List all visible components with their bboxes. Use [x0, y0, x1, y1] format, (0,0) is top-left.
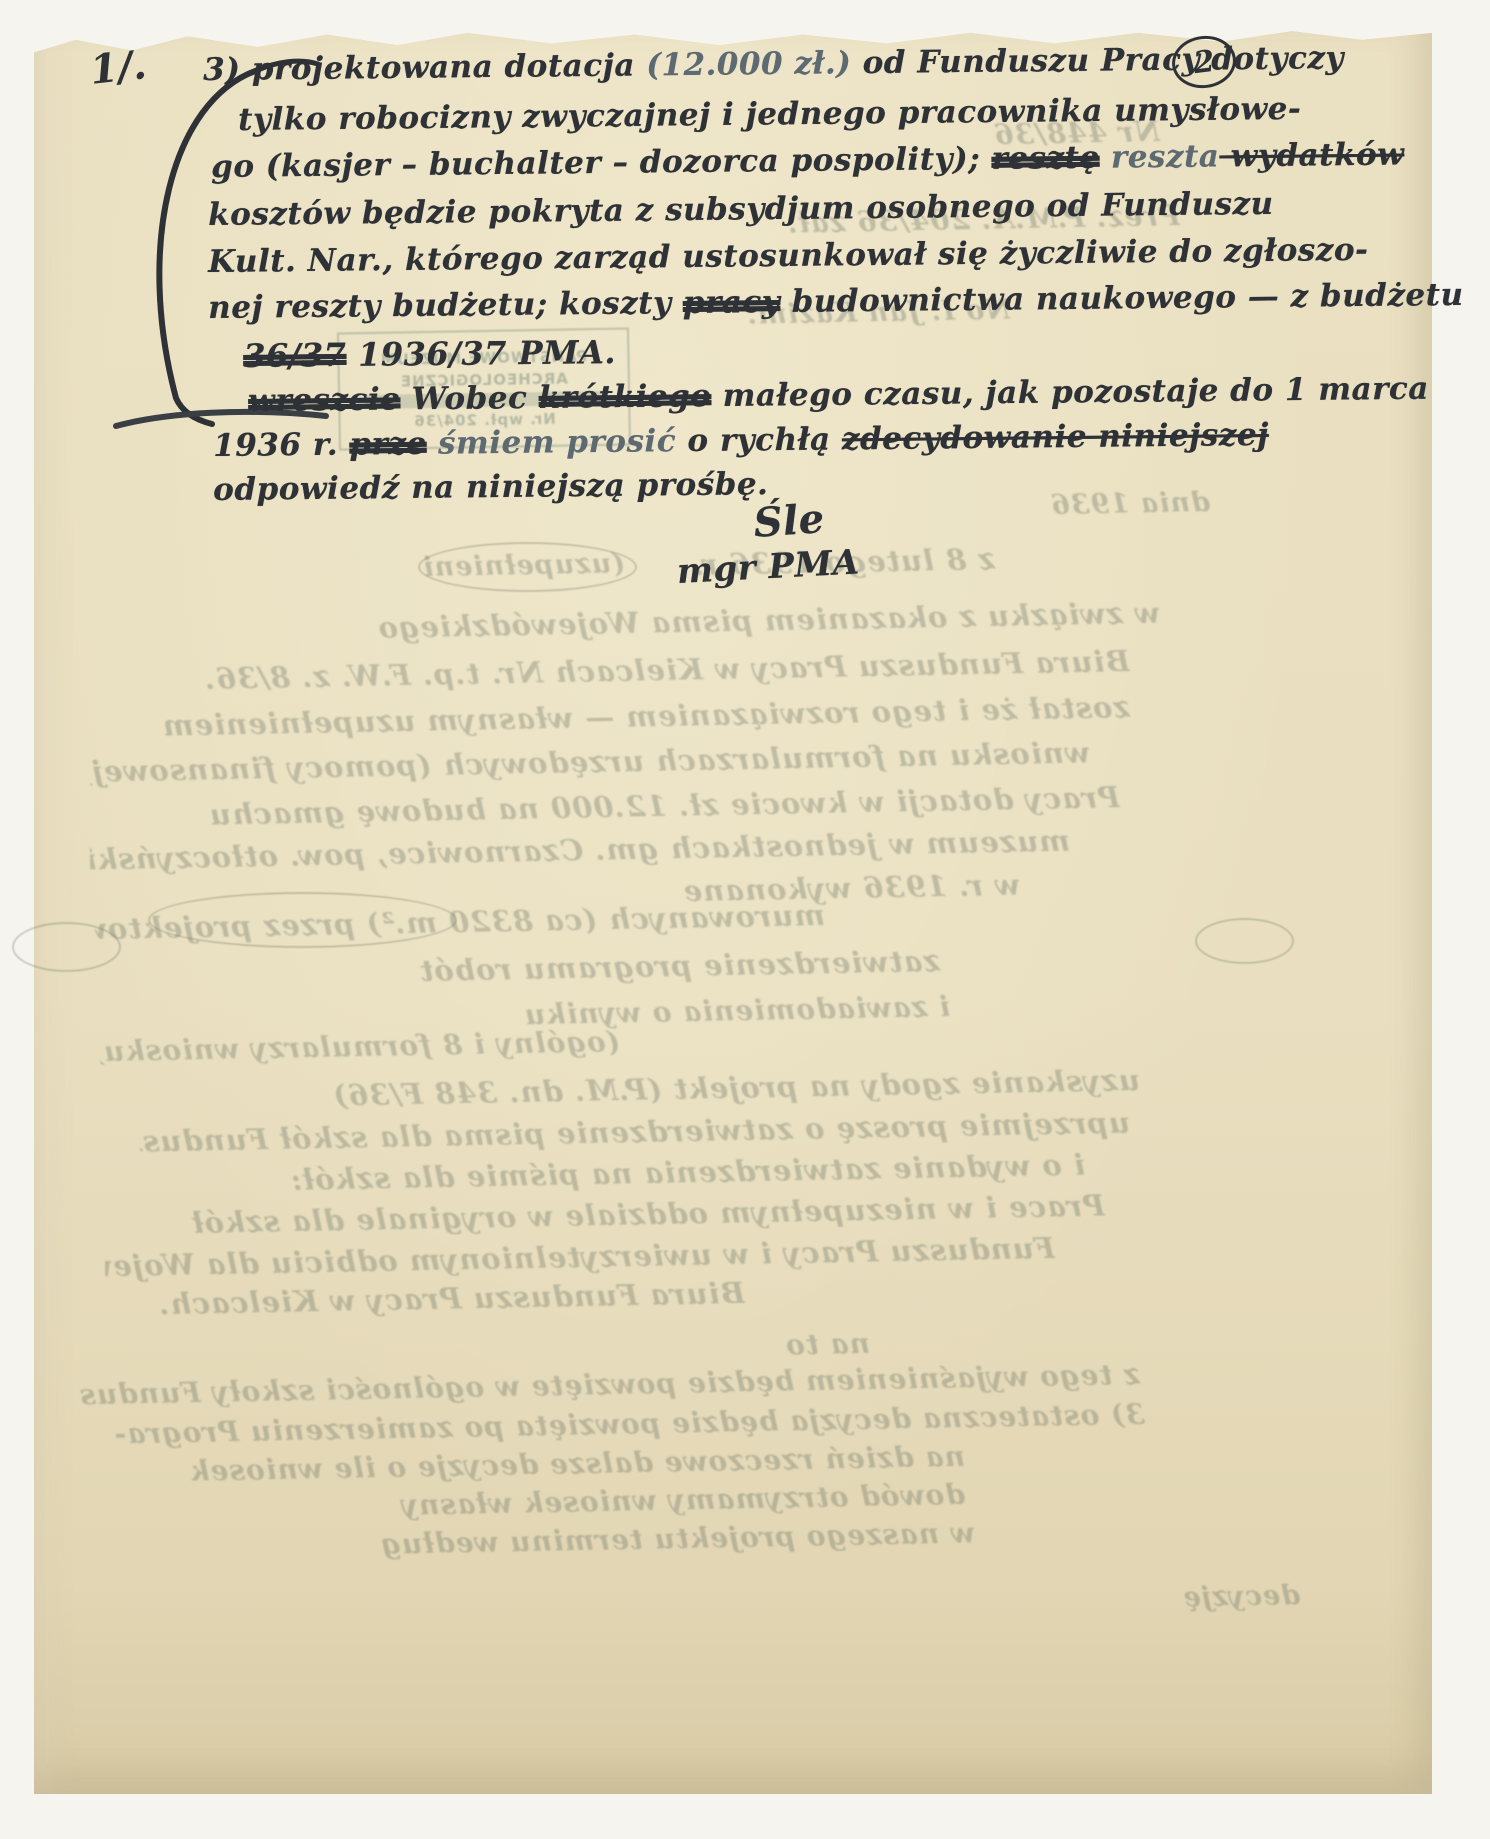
handwriting-segment: pracy: [683, 284, 781, 321]
handwriting-segment: śmiem prosić: [426, 423, 676, 462]
margin-mark: 1/.: [88, 41, 149, 94]
handwriting-segment: wreszcie: [248, 381, 401, 419]
scanned-manuscript-page: { "page": { "number_badge": "2", "margin…: [0, 0, 1490, 1839]
handwriting-segment: 36/37: [243, 336, 347, 375]
handwriting-segment: Śle: [752, 495, 826, 547]
handwriting-segment: reszta: [1099, 138, 1219, 175]
handwriting-segment: krótkiego: [538, 378, 711, 416]
handwriting-segment: o rychłą: [676, 421, 842, 459]
handwriting-segment: zdecydowanie niniejszej: [842, 417, 1269, 457]
handwriting-segment: wydatków: [1219, 137, 1404, 175]
handwriting-segment: 1936 r.: [213, 427, 350, 464]
line-7: 36/37 1936/37 PMA.: [243, 333, 616, 375]
handwriting-segment: odpowiedź na niniejszą prośbę.: [213, 466, 769, 508]
line-10: odpowiedź na niniejszą prośbę.: [213, 466, 769, 508]
handwriting-segment: resztę: [991, 140, 1100, 177]
handwriting-segment: 1936/37 PMA.: [346, 333, 616, 374]
handwriting-segment: małego czasu, jak pozostaje do 1 marca: [711, 371, 1429, 415]
handwriting-segment: 3) projektowana dotacja: [203, 47, 646, 88]
signature-initial: Śle: [752, 495, 826, 547]
handwriting-segment: (12.000 zł.): [646, 45, 851, 83]
handwriting-segment: od Funduszu Pracy dotyczy: [851, 40, 1344, 81]
handwriting-segment: nej reszty budżetu; koszty: [208, 285, 683, 326]
handwriting-segment: budownictwa naukowego — z budżetu: [780, 277, 1464, 320]
handwriting-segment: Wobec: [400, 380, 539, 417]
handwriting-segment: prze: [349, 426, 427, 463]
